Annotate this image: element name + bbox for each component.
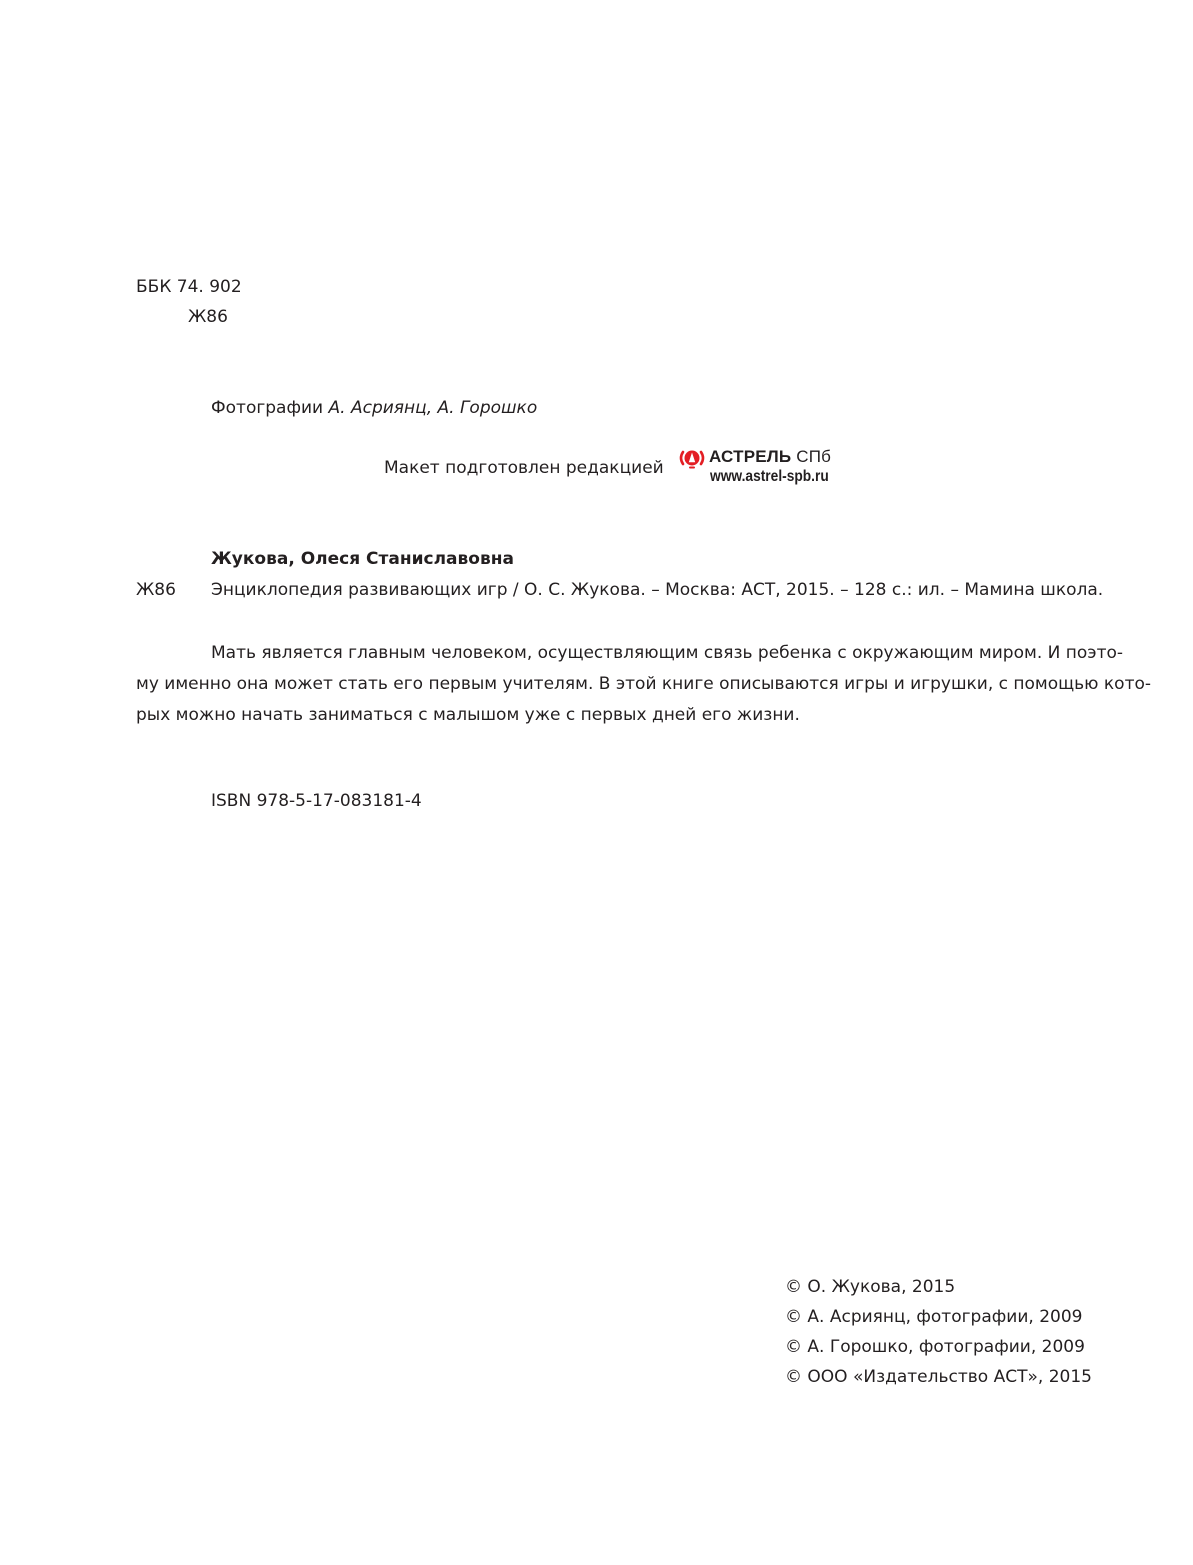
layout-credit-text: Макет подготовлен редакцией	[384, 457, 664, 479]
publisher-url: www.astrel-spb.ru	[710, 468, 829, 486]
photo-credit-label: Фотографии	[211, 398, 323, 418]
catalog-description: Энциклопедия развивающих игр / О. С. Жук…	[211, 579, 1103, 601]
copyright-line: © А. Горошко, фотографии, 2009	[785, 1332, 1092, 1362]
catalog-author: Жукова, Олеся Станиславовна	[211, 548, 514, 570]
publisher-logo: АСТРЕЛЬ СПб www.astrel-spb.ru	[679, 446, 849, 490]
annotation-line: му именно она может стать его первым учи…	[136, 669, 1089, 700]
photo-credit-names: А. Асриянц, А. Горошко	[329, 398, 538, 418]
annotation: Мать является главным человеком, осущест…	[136, 638, 1089, 731]
astrel-a-logo-icon	[679, 446, 705, 470]
author-mark: Ж86	[188, 306, 228, 328]
copyright-block: © О. Жукова, 2015 © А. Асриянц, фотограф…	[785, 1272, 1092, 1392]
copyright-line: © А. Асриянц, фотографии, 2009	[785, 1302, 1092, 1332]
annotation-line: Мать является главным человеком, осущест…	[136, 638, 1089, 669]
copyright-line: © ООО «Издательство АСТ», 2015	[785, 1362, 1092, 1392]
bbk-index: ББК 74. 902	[136, 276, 242, 298]
annotation-line: рых можно начать заниматься с малышом уж…	[136, 700, 1089, 731]
photo-credit: Фотографии А. Асриянц, А. Горошко	[211, 397, 537, 419]
isbn: ISBN 978-5-17-083181-4	[211, 790, 422, 812]
catalog-code: Ж86	[136, 579, 176, 601]
publisher-brand-suffix: СПб	[796, 447, 831, 466]
publisher-brand-name: АСТРЕЛЬ	[709, 447, 791, 466]
publisher-brand: АСТРЕЛЬ СПб	[709, 447, 831, 467]
copyright-line: © О. Жукова, 2015	[785, 1272, 1092, 1302]
